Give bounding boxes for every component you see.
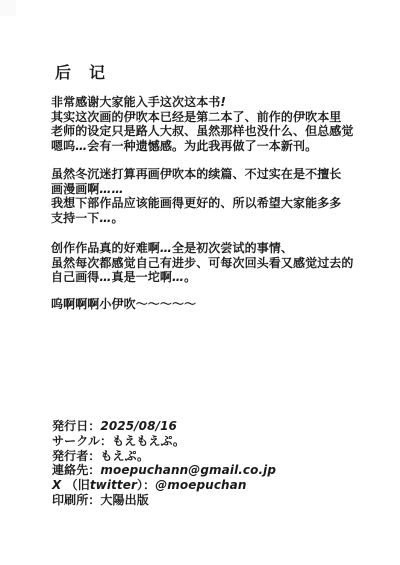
colophon-line-circle: サークル：もえもえぷ。 — [52, 434, 372, 449]
page-title: 后 记 — [55, 63, 106, 83]
afterword-paragraph-sequel: 虽然冬沉迷打算再画伊吹本的续篇、不过实在是不擅长 画漫画啊…… 我想下部作品应该… — [51, 167, 371, 225]
afterword-paragraph-thanks: 非常感谢大家能入手这次这本书! 其实这次画的伊吹本已经是第二本了、前作的伊吹本里… — [51, 95, 371, 153]
afterword-paragraph-creation: 创作作品真的好难啊…全是初次尝试的事情、 虽然每次都感觉自己有进步、可每次回头看… — [51, 241, 371, 285]
colophon-line-printer: 印刷所：大陽出版 — [52, 493, 372, 508]
colophon-line-x-twitter: X （旧twitter）：@moepuchan — [52, 478, 372, 493]
afterword-paragraph-exclaim: 呜啊啊啊小伊吹～～～～～ — [51, 297, 371, 312]
colophon-line-publisher: 発行者：もえぷ。 — [52, 449, 372, 464]
afterword-page: 后 记 非常感谢大家能入手这次这本书! 其实这次画的伊吹本已经是第二本了、前作的… — [0, 0, 400, 565]
colophon: 発行日：2025/08/16 サークル：もえもえぷ。 発行者：もえぷ。 連絡先：… — [52, 419, 372, 508]
colophon-line-contact-email: 連絡先：moepuchann@gmail.co.jp — [52, 463, 372, 478]
colophon-line-release-date: 発行日：2025/08/16 — [52, 419, 372, 434]
scan-artifact — [0, 0, 16, 16]
